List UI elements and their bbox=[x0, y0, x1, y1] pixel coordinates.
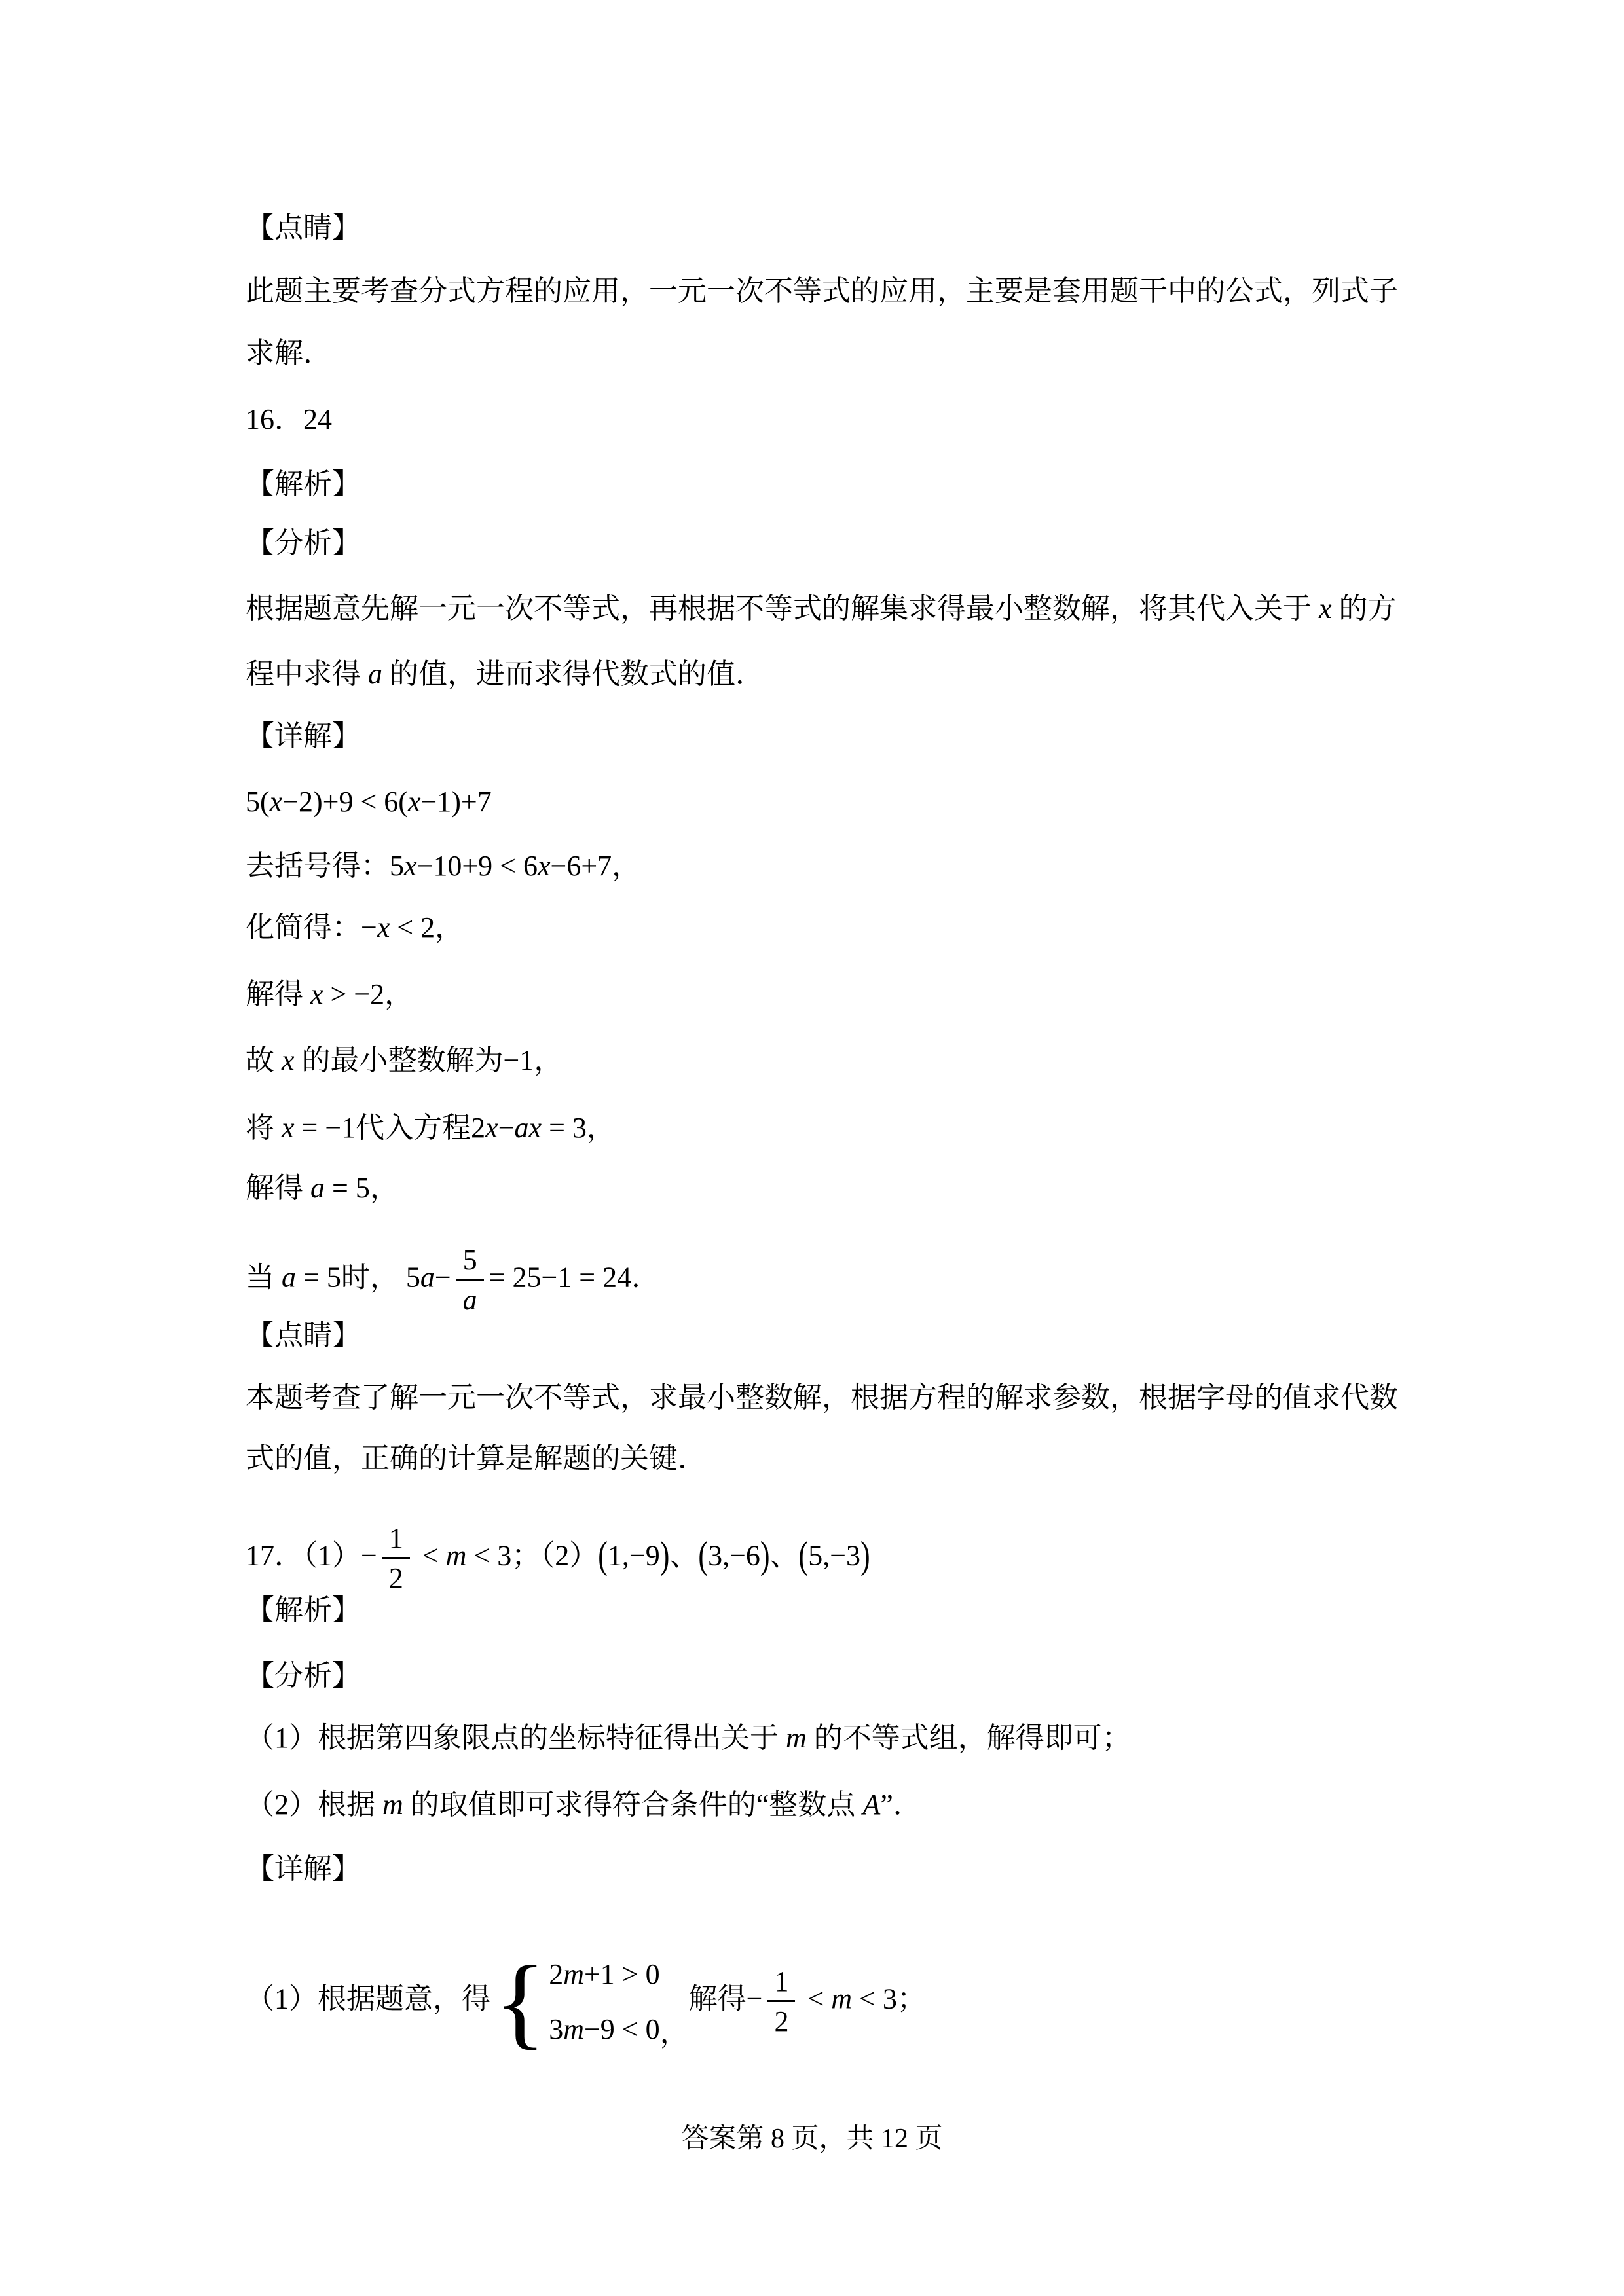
math-var: x bbox=[310, 978, 323, 1010]
system-row-2: 3m−9 < 0 bbox=[549, 2015, 659, 2044]
math-var: x bbox=[377, 911, 390, 943]
q16-step-1: 5(x−2)+9 < 6(x−1)+7 bbox=[246, 788, 492, 816]
text-segment: 的取值即可求得符合条件的“整数点 bbox=[403, 1789, 863, 1821]
text-segment: = 3， bbox=[542, 1112, 616, 1144]
q15-tip-text-2: 求解． bbox=[246, 339, 332, 368]
text-segment: （2）根据 bbox=[246, 1789, 382, 1821]
answer-document-page: 【点睛】 此题主要考查分式方程的应用，一元一次不等式的应用，主要是套用题干中的公… bbox=[0, 0, 1624, 2296]
q16-step-4: 解得 x > −2， bbox=[246, 980, 413, 1009]
math-var: x bbox=[1319, 592, 1332, 625]
q16-jiexi-header: 【解析】 bbox=[246, 470, 361, 499]
text-segment: −9 < 0 bbox=[584, 2013, 660, 2045]
text-segment: 将 bbox=[246, 1112, 282, 1144]
math-var: ax bbox=[515, 1112, 542, 1144]
math-var: a bbox=[420, 1262, 435, 1294]
text-segment: − bbox=[498, 1112, 515, 1144]
text-segment: −10+9 < 6 bbox=[417, 850, 538, 882]
coordinate-pair: 5,−3 bbox=[808, 1540, 860, 1572]
math-var: m bbox=[786, 1722, 807, 1754]
q16-fenxi-header: 【分析】 bbox=[246, 529, 361, 558]
text-segment: 的方 bbox=[1332, 592, 1397, 625]
text-segment: 17．（1）− bbox=[246, 1540, 377, 1572]
text-segment: −2)+9 < 6( bbox=[282, 786, 408, 818]
math-var: a bbox=[310, 1172, 325, 1204]
inequality-system: {2m+1 > 03m−9 < 0 bbox=[494, 1948, 660, 2056]
close-paren: ) bbox=[760, 1536, 770, 1575]
fraction-numerator: 1 bbox=[767, 1967, 795, 2002]
page-footer: 答案第 8 页，共 12 页 bbox=[0, 2125, 1624, 2153]
q15-tip-header: 【点睛】 bbox=[246, 213, 361, 242]
text-segment: − bbox=[435, 1262, 451, 1294]
q16-step-5: 故 x 的最小整数解为−1， bbox=[246, 1046, 563, 1075]
system-rows: 2m+1 > 03m−9 < 0 bbox=[549, 1960, 659, 2044]
separator: 、 bbox=[669, 1540, 698, 1572]
q16-tip-text-1: 本题考查了解一元一次不等式，求最小整数解，根据方程的解求参数，根据字母的值求代数 bbox=[246, 1383, 1398, 1412]
open-paren: ( bbox=[698, 1536, 708, 1575]
text-segment: < bbox=[415, 1540, 446, 1572]
text-segment: 解得 bbox=[246, 978, 310, 1010]
q17-jiexi-header: 【解析】 bbox=[246, 1596, 361, 1625]
math-var: a bbox=[368, 658, 382, 690]
q17-answer: 17．（1）−12 < m < 3；（2）(1,−9)、(3,−6)、(5,−3… bbox=[246, 1524, 870, 1593]
coordinate-pair: 3,−6 bbox=[708, 1540, 760, 1572]
text-segment: > −2， bbox=[323, 978, 414, 1010]
text-segment: < 3；（2） bbox=[466, 1540, 598, 1572]
math-var: m bbox=[831, 1983, 852, 2015]
separator: 、 bbox=[770, 1540, 799, 1572]
math-var: A bbox=[862, 1789, 880, 1821]
fraction-5-over-a: 5a bbox=[456, 1246, 484, 1315]
fraction-denominator: 2 bbox=[382, 1559, 410, 1593]
text-segment: 5( bbox=[246, 786, 270, 818]
text-segment: 的最小整数解为−1， bbox=[295, 1044, 563, 1076]
q16-dianjing-header: 【点睛】 bbox=[246, 1321, 361, 1350]
text-segment: （1）根据第四象限点的坐标特征得出关于 bbox=[246, 1722, 786, 1754]
q16-step-3: 化简得：−x < 2， bbox=[246, 913, 464, 942]
q16-tip-text-2: 式的值，正确的计算是解题的关键． bbox=[246, 1444, 707, 1473]
text-segment: 根据题意先解一元一次不等式，再根据不等式的解集求得最小整数解，将其代入关于 bbox=[246, 592, 1319, 625]
text-segment: = 25−1 = 24． bbox=[489, 1262, 660, 1294]
math-var: x bbox=[404, 850, 417, 882]
text-segment: 解得− bbox=[689, 1983, 763, 2015]
text-segment: 解得 bbox=[246, 1172, 310, 1204]
math-var: x bbox=[282, 1044, 295, 1076]
text-segment: 化简得：− bbox=[246, 911, 377, 943]
text-segment: 程中求得 bbox=[246, 658, 368, 690]
q15-tip-text-1: 此题主要考查分式方程的应用，一元一次不等式的应用，主要是套用题干中的公式，列式子 bbox=[246, 277, 1398, 306]
math-var: x bbox=[485, 1112, 498, 1144]
math-var: x bbox=[270, 786, 283, 818]
q16-step-8: 当 a = 5时， 5a−5a= 25−1 = 24． bbox=[246, 1246, 660, 1315]
text-segment: 去括号得：5 bbox=[246, 850, 404, 882]
q16-analysis-line-2: 程中求得 a 的值，进而求得代数式的值． bbox=[246, 660, 764, 689]
left-brace: { bbox=[494, 1950, 546, 2053]
fraction-numerator: 1 bbox=[382, 1524, 410, 1559]
text-segment: < 2， bbox=[390, 911, 464, 943]
math-var: x bbox=[408, 786, 421, 818]
q16-step-2: 去括号得：5x−10+9 < 6x−6+7， bbox=[246, 852, 640, 881]
q17-detail-1: （1）根据题意，得{2m+1 > 03m−9 < 0，解得−12 < m < 3… bbox=[246, 1948, 926, 2056]
text-segment: 3 bbox=[549, 2013, 563, 2045]
comma-low: ， bbox=[660, 2017, 689, 2049]
close-paren: ) bbox=[860, 1536, 870, 1575]
math-var: m bbox=[446, 1540, 467, 1572]
text-segment: +1 > 0 bbox=[584, 1958, 660, 1990]
text-segment: < 3； bbox=[852, 1983, 926, 2015]
q17-method-1: （1）根据第四象限点的坐标特征得出关于 m 的不等式组，解得即可； bbox=[246, 1724, 1131, 1753]
text-segment: −6+7， bbox=[551, 850, 641, 882]
coordinate-pair: 1,−9 bbox=[608, 1540, 660, 1572]
text-segment: 的不等式组，解得即可； bbox=[807, 1722, 1131, 1754]
text-segment: = 5时， 5 bbox=[296, 1262, 420, 1294]
fraction-1-over-2: 12 bbox=[767, 1967, 795, 2036]
open-paren: ( bbox=[799, 1536, 809, 1575]
fraction-numerator: 5 bbox=[456, 1246, 484, 1281]
text-segment: ”． bbox=[880, 1789, 922, 1821]
math-var: m bbox=[382, 1789, 403, 1821]
fraction-denominator: 2 bbox=[767, 2002, 795, 2036]
math-var: m bbox=[563, 1958, 584, 1990]
q16-step-7: 解得 a = 5， bbox=[246, 1174, 399, 1203]
fraction-1-over-2: 12 bbox=[382, 1524, 410, 1593]
text-segment: = 5， bbox=[325, 1172, 399, 1204]
fraction-denominator: a bbox=[456, 1281, 484, 1315]
math-var: x bbox=[538, 850, 551, 882]
text-segment: 故 bbox=[246, 1044, 282, 1076]
text-segment: −1)+7 bbox=[420, 786, 491, 818]
text-segment: 的值，进而求得代数式的值． bbox=[382, 658, 764, 690]
q17-fenxi-header: 【分析】 bbox=[246, 1662, 361, 1690]
q17-xiangjie-header: 【详解】 bbox=[246, 1855, 361, 1884]
q16-analysis-line-1: 根据题意先解一元一次不等式，再根据不等式的解集求得最小整数解，将其代入关于 x … bbox=[246, 594, 1397, 623]
text-segment: 当 bbox=[246, 1262, 282, 1294]
open-paren: ( bbox=[598, 1536, 608, 1575]
text-segment: （1）根据题意，得 bbox=[246, 1983, 490, 2015]
system-row-1: 2m+1 > 0 bbox=[549, 1960, 659, 1989]
text-segment: = −1代入方程2 bbox=[295, 1112, 486, 1144]
math-var: x bbox=[282, 1112, 295, 1144]
text-segment: 2 bbox=[549, 1958, 563, 1990]
math-var: m bbox=[563, 2013, 584, 2045]
text-segment: < bbox=[800, 1983, 831, 2015]
math-var: a bbox=[282, 1262, 296, 1294]
q16-step-6: 将 x = −1代入方程2x−ax = 3， bbox=[246, 1114, 616, 1142]
q16-answer: 16．24 bbox=[246, 405, 332, 434]
q17-method-2: （2）根据 m 的取值即可求得符合条件的“整数点 A”． bbox=[246, 1791, 922, 1819]
close-paren: ) bbox=[660, 1536, 670, 1575]
q16-xiangjie-header: 【详解】 bbox=[246, 722, 361, 751]
